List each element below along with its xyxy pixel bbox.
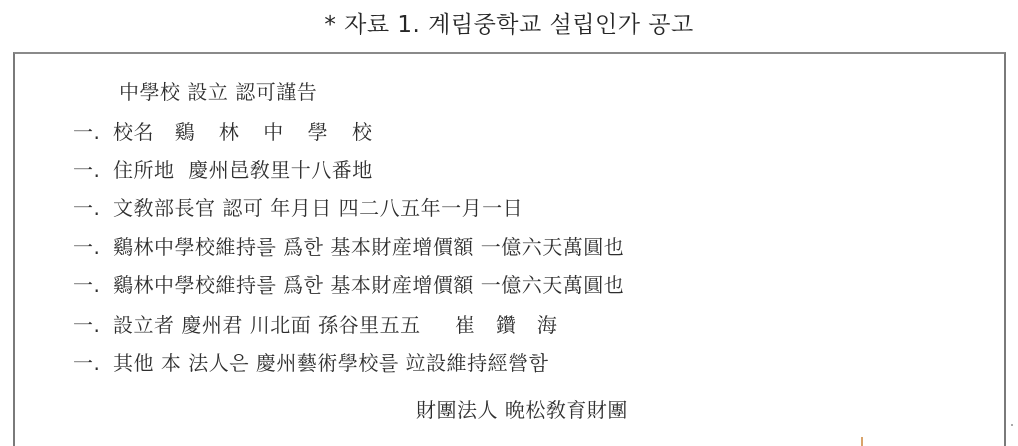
bullet-marker: 一.	[73, 231, 113, 260]
line-value: 一億六天萬圓也	[481, 273, 625, 297]
line-label: 鷄林中學校維持를 爲한 基本財産增價額	[113, 273, 474, 297]
bullet-marker: 一.	[73, 116, 113, 145]
line-endowment: 一.鷄林中學校維持를 爲한 基本財産增價額 一億六天萬圓也	[73, 231, 624, 260]
bullet-marker: 一.	[73, 309, 113, 338]
line-value: 鷄 林 中 學 校	[175, 120, 381, 144]
line-value: 一億六天萬圓也	[481, 235, 625, 259]
bullet-marker: 一.	[73, 347, 113, 376]
line-label: 其他 本 法人은 慶州藝術學校를 竝設維持經營함	[113, 351, 548, 375]
line-address: 一.住所地 慶州邑敎里十八番地	[73, 154, 373, 183]
line-approval-date: 一.文敎部長官 認可 年月日 四二八五年一月一日	[73, 192, 523, 221]
line-value: 四二八五年一月一日	[339, 196, 524, 220]
line-other: 一.其他 本 法人은 慶州藝術學校를 竝設維持經營함	[73, 347, 548, 376]
document-caption: * 자료 1. 계림중학교 설립인가 공고	[0, 6, 1018, 39]
line-label: 校名	[113, 120, 154, 144]
line-value: 慶州邑敎里十八番地	[188, 158, 373, 182]
line-founder: 一.設立者 慶州君 川北面 孫谷里五五 崔 鑽 海	[73, 309, 557, 338]
line-label: 住所地	[113, 158, 175, 182]
line-label: 鷄林中學校維持를 爲한 基本財産增價額	[113, 235, 474, 259]
line-value: 崔 鑽 海	[455, 313, 558, 337]
line-label: 文敎部長官 認可 年月日	[113, 196, 332, 220]
notice-heading: 中學校 設立 認可謹告	[119, 76, 317, 105]
bullet-marker: 一.	[73, 269, 113, 298]
line-school-name: 一.校名 鷄 林 中 學 校	[73, 116, 381, 145]
scan-artifact-mark	[861, 437, 863, 446]
signature: 財團法人 晩松敎育財團	[416, 394, 628, 423]
scan-artifact-dot	[1011, 424, 1013, 426]
bullet-marker: 一.	[73, 192, 113, 221]
bullet-marker: 一.	[73, 154, 113, 183]
line-label: 設立者 慶州君 川北面 孫谷里五五	[113, 313, 421, 337]
line-endowment-duplicate: 一.鷄林中學校維持를 爲한 基本財産增價額 一億六天萬圓也	[73, 269, 624, 298]
